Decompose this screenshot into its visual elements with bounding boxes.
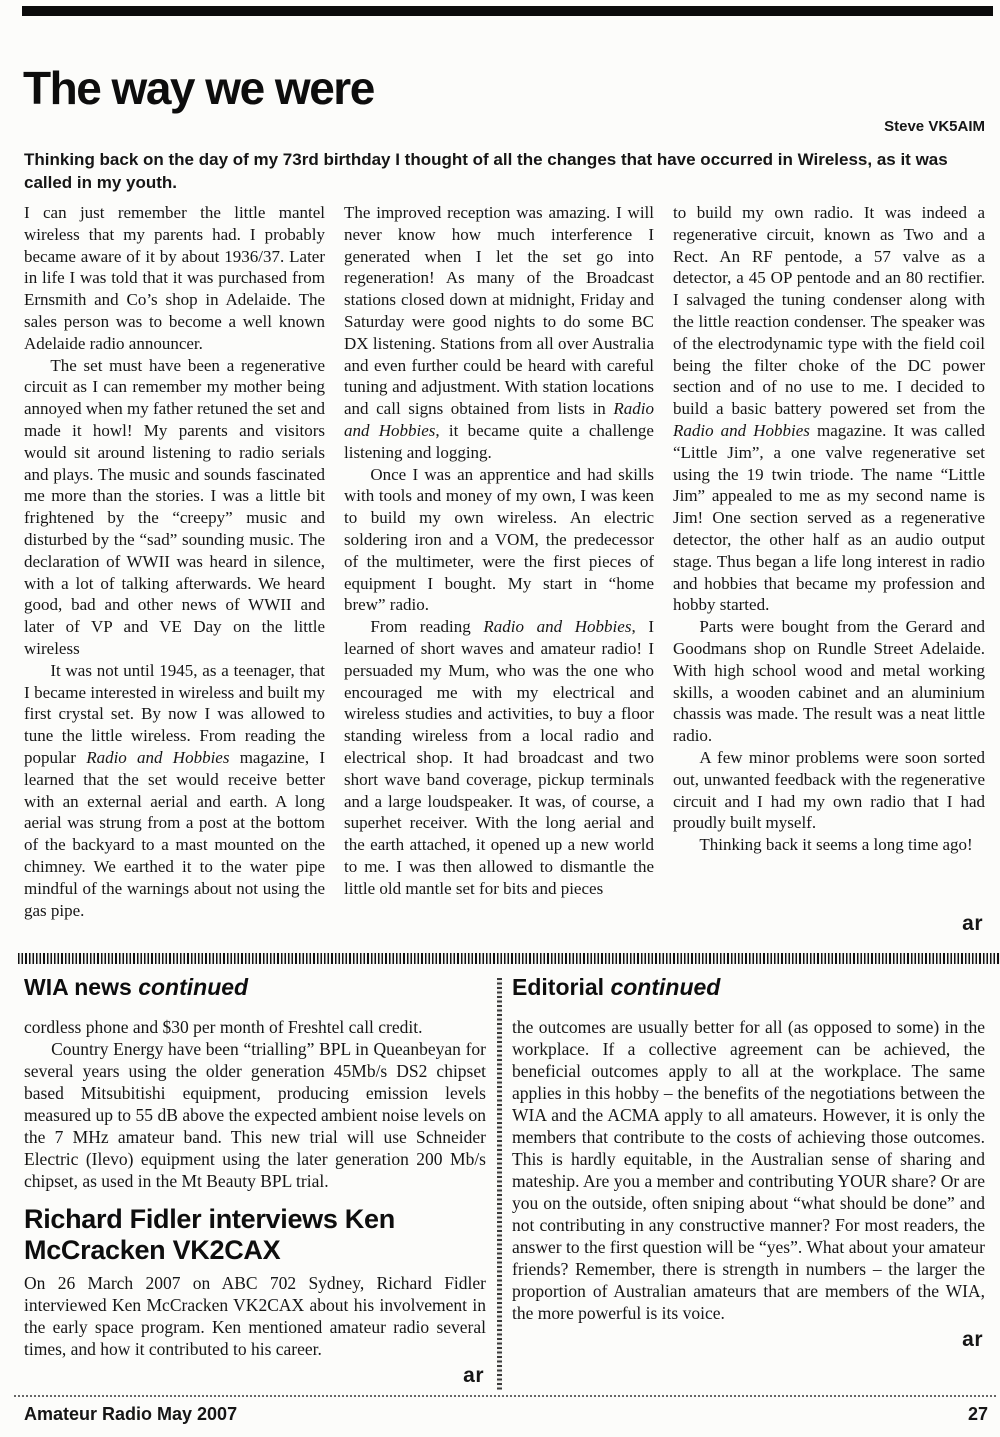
article-column-1: I can just remember the little mantel wi… — [24, 202, 325, 921]
wia-news-heading-text: WIA news — [24, 974, 132, 1000]
paragraph: The set must have been a regenerative ci… — [24, 355, 325, 660]
paragraph: It was not until 1945, as a teenager, th… — [24, 660, 325, 922]
article-column-3: to build my own radio. It was indeed a r… — [673, 202, 985, 936]
article-intro: Thinking back on the day of my 73rd birt… — [24, 148, 982, 194]
continued-label: continued — [138, 974, 248, 1000]
editorial-end-mark: ar — [512, 1328, 985, 1352]
paragraph: I can just remember the little mantel wi… — [24, 202, 325, 355]
footer-page-number: 27 — [968, 1403, 988, 1425]
wia-news-section: WIA newscontinued cordless phone and $30… — [24, 975, 486, 1388]
continued-label: continued — [610, 974, 720, 1000]
editorial-section: Editorialcontinued the outcomes are usua… — [512, 975, 985, 1352]
paragraph: Parts were bought from the Gerard and Go… — [673, 616, 985, 747]
paragraph: cordless phone and $30 per month of Fres… — [24, 1016, 486, 1038]
column-divider — [497, 978, 502, 1390]
paragraph: The improved reception was amazing. I wi… — [344, 202, 654, 464]
footer-rule — [14, 1395, 996, 1397]
paragraph: On 26 March 2007 on ABC 702 Sydney, Rich… — [24, 1272, 486, 1360]
wia-news-end-mark: ar — [24, 1364, 486, 1388]
paragraph: Country Energy have been “trialling” BPL… — [24, 1038, 486, 1192]
interview-heading: Richard Fidler interviews Ken McCracken … — [24, 1204, 486, 1266]
paragraph: Thinking back it seems a long time ago! — [673, 834, 985, 856]
paragraph: A few minor problems were soon sorted ou… — [673, 747, 985, 834]
paragraph: From reading Radio and Hobbies, I learne… — [344, 616, 654, 899]
top-rule — [22, 6, 993, 16]
article-column-2: The improved reception was amazing. I wi… — [344, 202, 654, 900]
article-end-mark: ar — [673, 912, 985, 936]
footer-journal-name: Amateur Radio May 2007 — [24, 1403, 237, 1425]
article-author: Steve VK5AIM — [884, 118, 985, 136]
section-divider — [18, 953, 1000, 964]
article-title: The way we were — [23, 64, 374, 112]
magazine-page: The way we were Steve VK5AIM Thinking ba… — [0, 0, 1000, 1437]
paragraph: Once I was an apprentice and had skills … — [344, 464, 654, 617]
editorial-heading-text: Editorial — [512, 974, 604, 1000]
paragraph: the outcomes are usually better for all … — [512, 1016, 985, 1324]
paragraph: to build my own radio. It was indeed a r… — [673, 202, 985, 616]
wia-news-heading: WIA newscontinued — [24, 975, 486, 1000]
editorial-heading: Editorialcontinued — [512, 975, 985, 1000]
